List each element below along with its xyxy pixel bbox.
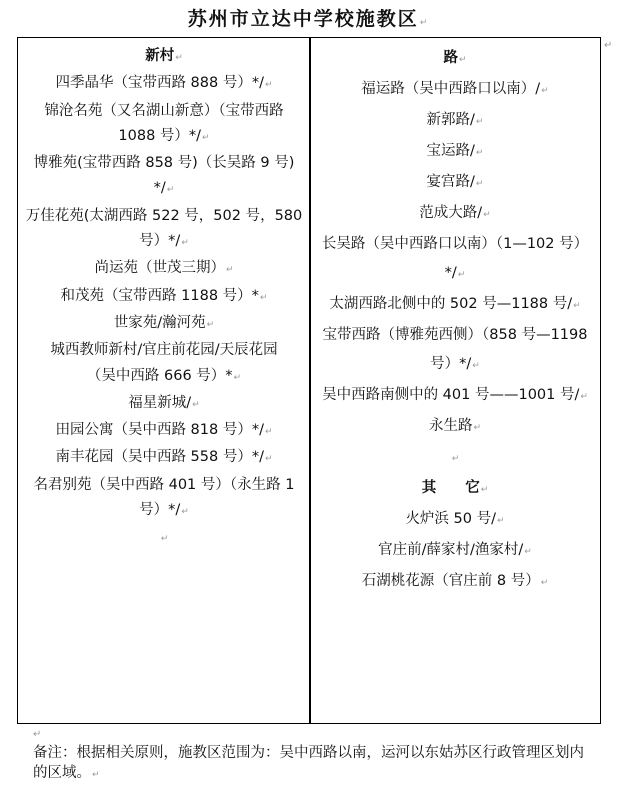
road-column: 路↵ 福运路（吴中西路口以南）/↵ 新郭路/↵ 宝运路/↵ 宴宫路/↵ 范成大路… bbox=[312, 44, 598, 598]
paragraph-mark-icon: ↵ bbox=[452, 454, 460, 464]
column-header-road: 路↵ bbox=[312, 44, 598, 75]
list-item: 宝运路/↵ bbox=[312, 137, 598, 168]
list-item: 城西教师新村/官庄前花园/天辰花园 bbox=[20, 338, 308, 363]
list-item: 火炉浜 50 号/↵ bbox=[312, 505, 598, 536]
list-item: 宝带西路（博雅苑西侧）（858 号—1198 bbox=[312, 321, 598, 350]
list-item: 田园公寓（吴中西路 818 号）*/↵ bbox=[20, 418, 308, 445]
paragraph-mark-icon: ↵ bbox=[573, 301, 581, 311]
paragraph-mark-icon: ↵ bbox=[207, 320, 215, 330]
paragraph-mark-icon: ↵ bbox=[524, 547, 532, 557]
paragraph-mark-icon: ↵ bbox=[167, 185, 175, 195]
paragraph-mark-icon: ↵ bbox=[476, 179, 484, 189]
paragraph-mark-icon: ↵ bbox=[497, 516, 505, 526]
paragraph-mark-icon: ↵ bbox=[161, 534, 169, 544]
list-item: 号）*/↵ bbox=[312, 350, 598, 381]
list-item: 太湖西路北侧中的 502 号—1188 号/↵ bbox=[312, 290, 598, 321]
paragraph-mark-icon: ↵ bbox=[265, 427, 273, 437]
paragraph-mark-icon: ↵ bbox=[181, 238, 189, 248]
list-item: 吴中西路南侧中的 401 号——1001 号/↵ bbox=[312, 381, 598, 412]
paragraph-mark-icon: ↵ bbox=[420, 18, 430, 28]
list-item: 石湖桃花源（官庄前 8 号）↵ bbox=[312, 567, 598, 598]
paragraph-mark-icon: ↵ bbox=[202, 133, 210, 143]
title-text: 苏州市立达中学校施教区 bbox=[188, 8, 419, 30]
list-item: 名君别苑（吴中西路 401 号）（永生路 1 bbox=[20, 473, 308, 498]
paragraph-mark-icon: ↵ bbox=[483, 210, 491, 220]
list-item: 福星新城/↵ bbox=[20, 391, 308, 418]
paragraph-mark-icon: ↵ bbox=[541, 578, 549, 588]
page-title: 苏州市立达中学校施教区↵ bbox=[0, 6, 617, 36]
paragraph-mark-icon: ↵ bbox=[192, 400, 200, 410]
paragraph-mark-icon: ↵ bbox=[234, 373, 242, 383]
list-item: 号）*/↵ bbox=[20, 229, 308, 256]
list-item: 世家苑/瀚河苑↵ bbox=[20, 311, 308, 338]
paragraph-mark-icon: ↵ bbox=[33, 729, 41, 740]
paragraph-mark-icon: ↵ bbox=[181, 507, 189, 517]
list-item: 和茂苑（宝带西路 1188 号）*↵ bbox=[20, 284, 308, 311]
list-item: 新郭路/↵ bbox=[312, 106, 598, 137]
list-item: 宴宫路/↵ bbox=[312, 168, 598, 199]
paragraph-mark-icon: ↵ bbox=[473, 423, 481, 433]
list-item: 1088 号）*/↵ bbox=[20, 124, 308, 151]
paragraph-mark-icon: ↵ bbox=[459, 55, 467, 65]
paragraph-mark-icon: ↵ bbox=[265, 80, 273, 90]
list-item: 官庄前/薛家村/渔家村/↵ bbox=[312, 536, 598, 567]
empty-line: ↵ bbox=[312, 443, 598, 474]
list-item: 四季晶华（宝带西路 888 号）*/↵ bbox=[20, 71, 308, 98]
paragraph-mark-icon: ↵ bbox=[265, 454, 273, 464]
list-item: 博雅苑(宝带西路 858 号)（长吴路 9 号) bbox=[20, 151, 308, 176]
list-item: 万佳花苑(太湖西路 522 号，502 号，580 bbox=[20, 204, 308, 229]
paragraph-mark-icon: ↵ bbox=[481, 485, 489, 495]
paragraph-mark-icon: ↵ bbox=[226, 265, 234, 275]
list-item: 号）*/↵ bbox=[20, 498, 308, 525]
footnote-text: 备注：根据相关原则，施教区范围为：吴中西路以南，运河以东姑苏区行政管理区划内的区… bbox=[33, 745, 584, 781]
empty-line: ↵ bbox=[20, 525, 308, 552]
list-item: （吴中西路 666 号）*↵ bbox=[20, 364, 308, 391]
paragraph-mark-icon: ↵ bbox=[541, 86, 549, 96]
paragraph-mark-icon: ↵ bbox=[604, 40, 612, 51]
list-item: 尚运苑（世茂三期）↵ bbox=[20, 256, 308, 283]
column-header-residential: 新村↵ bbox=[20, 44, 308, 71]
paragraph-mark-icon: ↵ bbox=[472, 361, 480, 371]
list-item: 锦沧名苑（又名湖山新意）（宝带西路 bbox=[20, 99, 308, 124]
list-item: 范成大路/↵ bbox=[312, 199, 598, 230]
list-item: 南丰花园（吴中西路 558 号）*/↵ bbox=[20, 445, 308, 472]
list-item: */↵ bbox=[312, 259, 598, 290]
paragraph-mark-icon: ↵ bbox=[458, 270, 466, 280]
list-item: 永生路↵ bbox=[312, 412, 598, 443]
paragraph-mark-icon: ↵ bbox=[260, 293, 268, 303]
paragraph-mark-icon: ↵ bbox=[175, 53, 183, 63]
section-header-other: 其 它↵ bbox=[312, 474, 598, 505]
residential-column: 新村↵ 四季晶华（宝带西路 888 号）*/↵ 锦沧名苑（又名湖山新意）（宝带西… bbox=[20, 44, 308, 553]
list-item: */↵ bbox=[20, 176, 308, 203]
paragraph-mark-icon: ↵ bbox=[92, 770, 100, 780]
paragraph-mark-icon: ↵ bbox=[476, 148, 484, 158]
paragraph-mark-icon: ↵ bbox=[476, 117, 484, 127]
column-divider bbox=[309, 38, 311, 723]
paragraph-mark-icon: ↵ bbox=[580, 392, 588, 402]
district-table: 新村↵ 四季晶华（宝带西路 888 号）*/↵ 锦沧名苑（又名湖山新意）（宝带西… bbox=[17, 37, 601, 724]
list-item: 长吴路（吴中西路口以南）（1—102 号） bbox=[312, 230, 598, 259]
footnote: 备注：根据相关原则，施教区范围为：吴中西路以南，运河以东姑苏区行政管理区划内的区… bbox=[33, 743, 593, 785]
list-item: 福运路（吴中西路口以南）/↵ bbox=[312, 75, 598, 106]
